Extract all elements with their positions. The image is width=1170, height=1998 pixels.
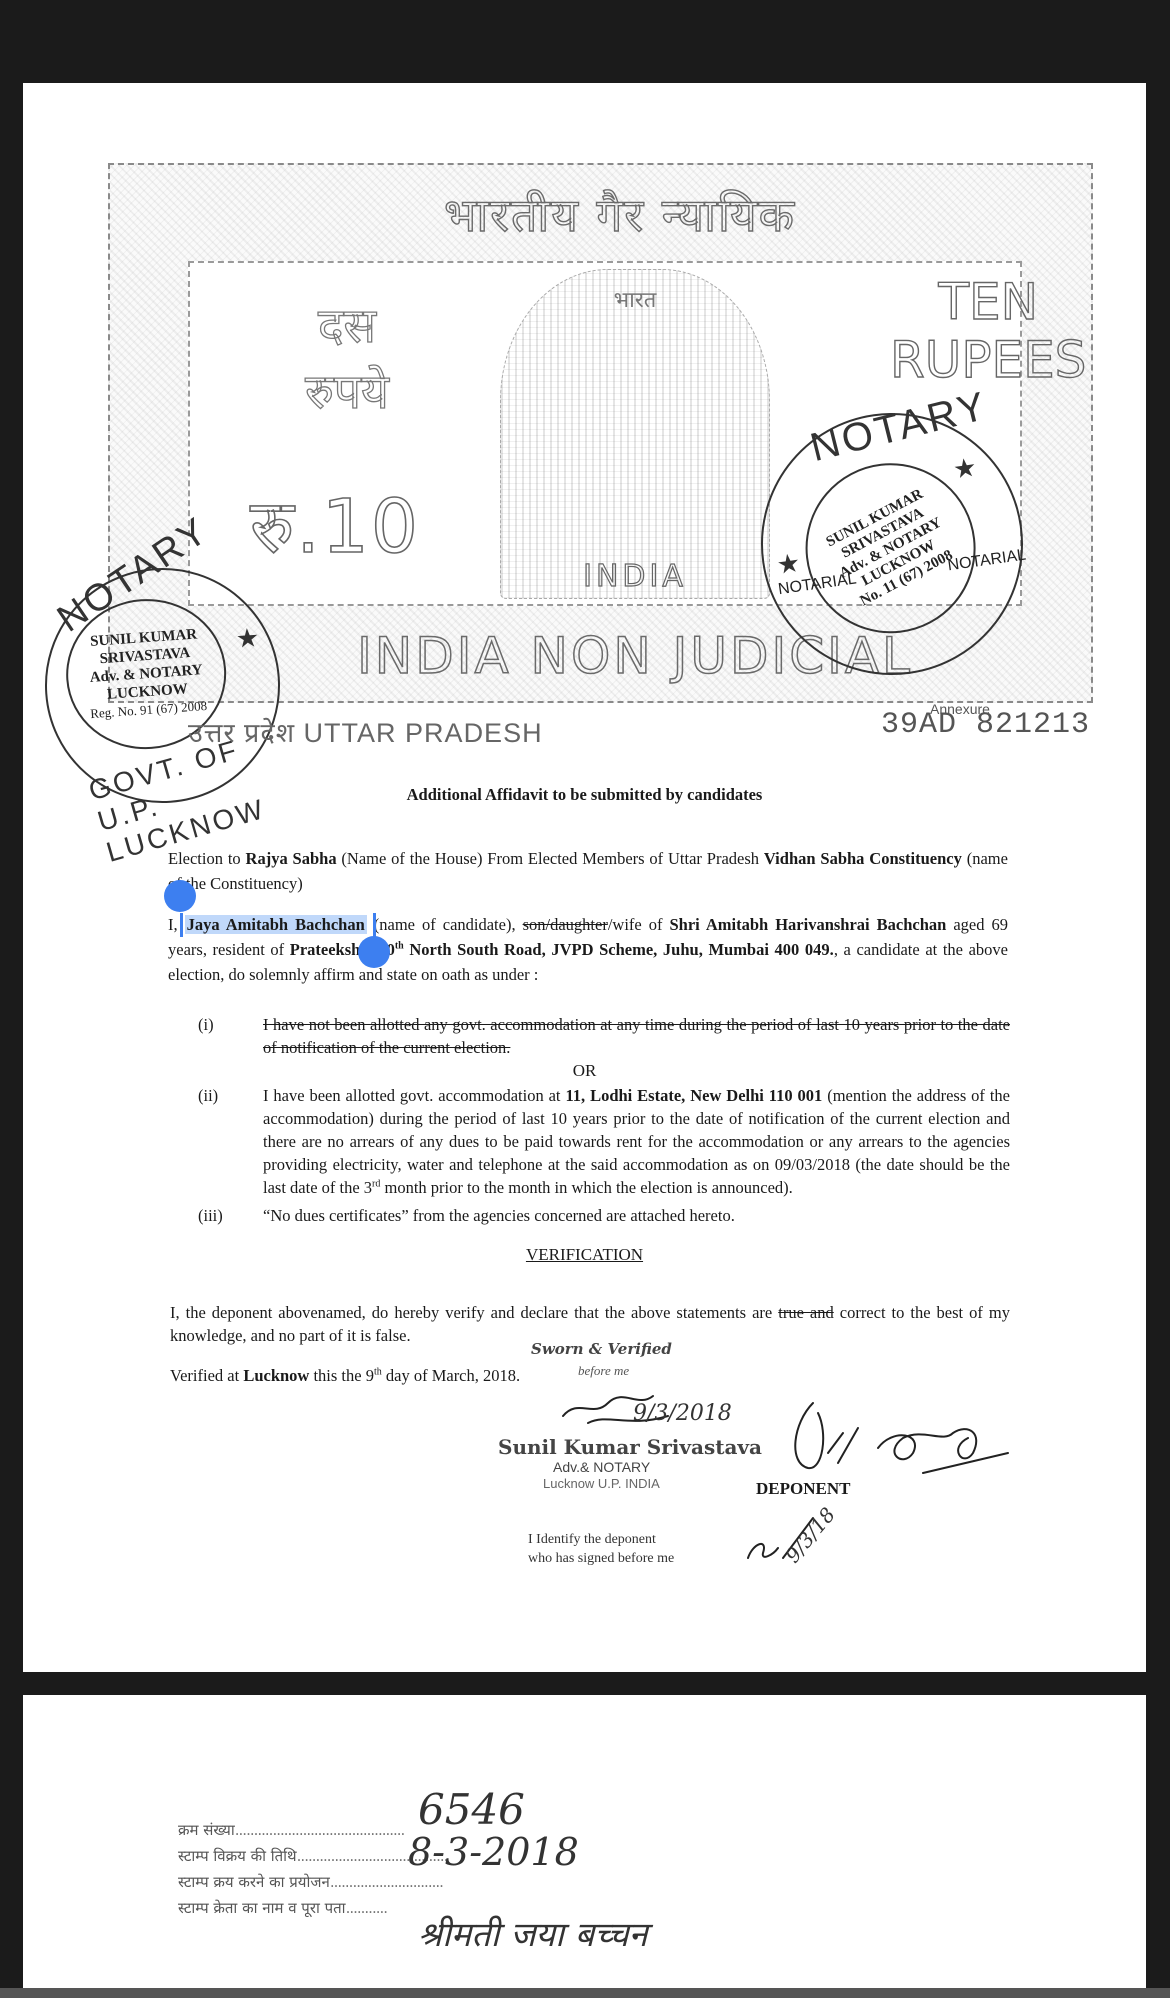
form-field-sale-date: स्टाम्प विक्रय की तिथि..................…	[178, 1843, 447, 1869]
handwritten-serial: 6546	[418, 1785, 525, 1834]
stamp-amount-hindi: दस रुपये	[272, 293, 422, 425]
handwritten-sale-date: 8-3-2018	[408, 1830, 579, 1874]
or-separator: OR	[23, 1061, 1146, 1081]
notary-handwritten-date: 9/3/2018	[633, 1401, 732, 1426]
form-field-purpose: स्टाम्प क्रय करने का प्रयोजन............…	[178, 1869, 447, 1895]
stamp-sale-record: क्रम संख्या.............................…	[178, 1817, 447, 1921]
document-title: Additional Affidavit to be submitted by …	[23, 785, 1146, 805]
candidate-paragraph[interactable]: I, Jaya Amitabh Bachchan (name of candid…	[168, 912, 1008, 987]
annexure-overlay: Annexure	[930, 701, 990, 717]
verified-at-line: Verified at Lucknow this the 9th day of …	[170, 1363, 770, 1388]
election-paragraph[interactable]: Election to Rajya Sabha (Name of the Hou…	[168, 846, 1008, 896]
identification-note: I Identify the deponent who has signed b…	[528, 1530, 674, 1568]
form-field-serial: क्रम संख्या.............................…	[178, 1817, 447, 1843]
document-page-2: क्रम संख्या.............................…	[23, 1695, 1146, 1998]
notary-place: Lucknow U.P. INDIA	[543, 1476, 660, 1491]
stamp-amount-english: TEN RUPEES	[890, 273, 1086, 389]
star-icon: ★	[235, 623, 260, 655]
form-field-buyer: स्टाम्प क्रेता का नाम व पूरा पता........…	[178, 1895, 447, 1921]
viewer-bottom-bar	[0, 1988, 1170, 1998]
verification-heading: VERIFICATION	[23, 1245, 1146, 1265]
deponent-label: DEPONENT	[756, 1479, 850, 1499]
stamp-header: भारतीय गैर न्यायिक	[360, 183, 880, 245]
deponent-signature-icon	[783, 1393, 1013, 1483]
stamp-amount-numeric: रु.10	[250, 473, 420, 574]
handwritten-buyer: श्रीमती जया बच्चन	[418, 1910, 647, 1956]
document-page-1: भारतीय गैर न्यायिक दस रुपये रु.10 भारत I…	[23, 83, 1146, 1672]
selection-start-handle[interactable]	[164, 880, 196, 912]
notary-title: Adv.& NOTARY	[553, 1459, 650, 1475]
selection-end-caret	[373, 913, 376, 937]
star-icon: ★	[775, 548, 802, 581]
selection-end-handle[interactable]	[358, 936, 390, 968]
national-emblem-icon: भारत INDIA	[500, 269, 770, 599]
selected-text[interactable]: Jaya Amitabh Bachchan	[185, 915, 367, 934]
notary-name: Sunil Kumar Srivastava	[498, 1435, 762, 1459]
star-icon: ★	[951, 453, 978, 486]
selection-start-caret	[180, 913, 183, 937]
sworn-verified-stamp: Sworn & Verified	[531, 1340, 672, 1358]
stamp-state-line: उत्तर प्रदेश UTTAR PRADESH	[188, 713, 543, 750]
